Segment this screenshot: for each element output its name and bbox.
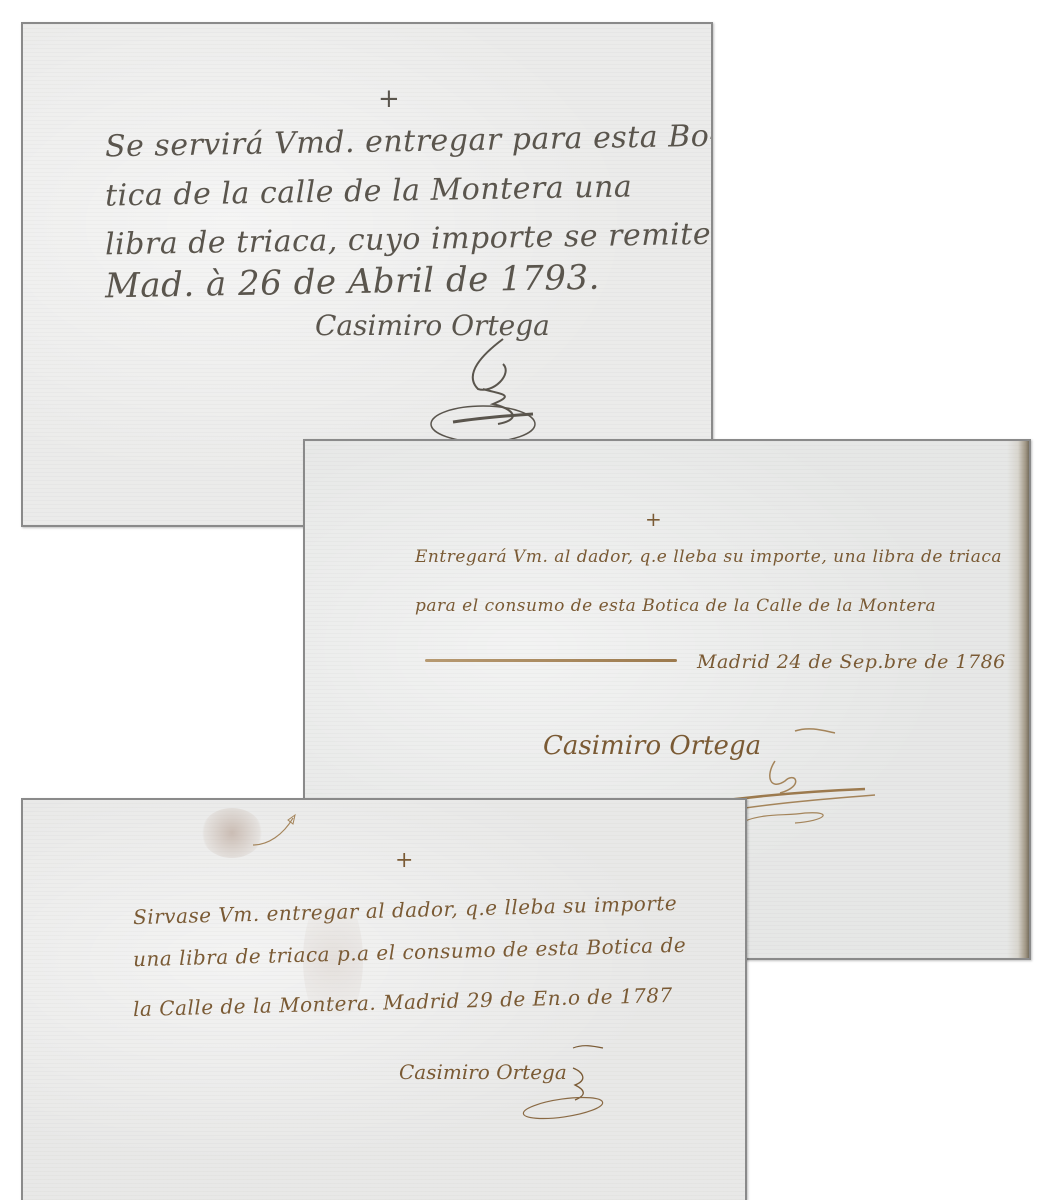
text-line-2: para el consumo de esta Botica de la Cal… [415,596,936,616]
text-line-3: la Calle de la Montera. Madrid 29 de En.… [133,983,673,1021]
rubric-flourish-icon [423,334,583,454]
paper-edge [1007,441,1029,958]
document-sheet-1787: + Sirvase Vm. entregar al dador, q.e lle… [21,798,747,1200]
text-line-1: Se servirá Vmd. entregar para esta Bo- [105,119,713,165]
cross-mark: + [395,848,413,873]
rubric-flourish-icon [513,1040,653,1120]
stain-arrow-icon [248,810,308,850]
text-line-2: tica de la calle de la Montera una [105,169,633,213]
text-line-1: Sirvase Vm. entregar al dador, q.e lleba… [133,891,678,929]
cross-mark: + [378,84,400,114]
date-line: Madrid 24 de Sep.bre de 1786 [697,651,1006,673]
text-line-4: Mad. à 26 de Abril de 1793. [105,258,601,307]
text-line-2: una libra de triaca p.a el consumo de es… [133,933,687,971]
text-line-1: Entregará Vm. al dador, q.e lleba su imp… [415,547,1002,567]
text-line-3: libra de triaca, cuyo importe se remite. [105,217,713,263]
filler-stroke [425,659,677,662]
cross-mark: + [645,507,662,531]
